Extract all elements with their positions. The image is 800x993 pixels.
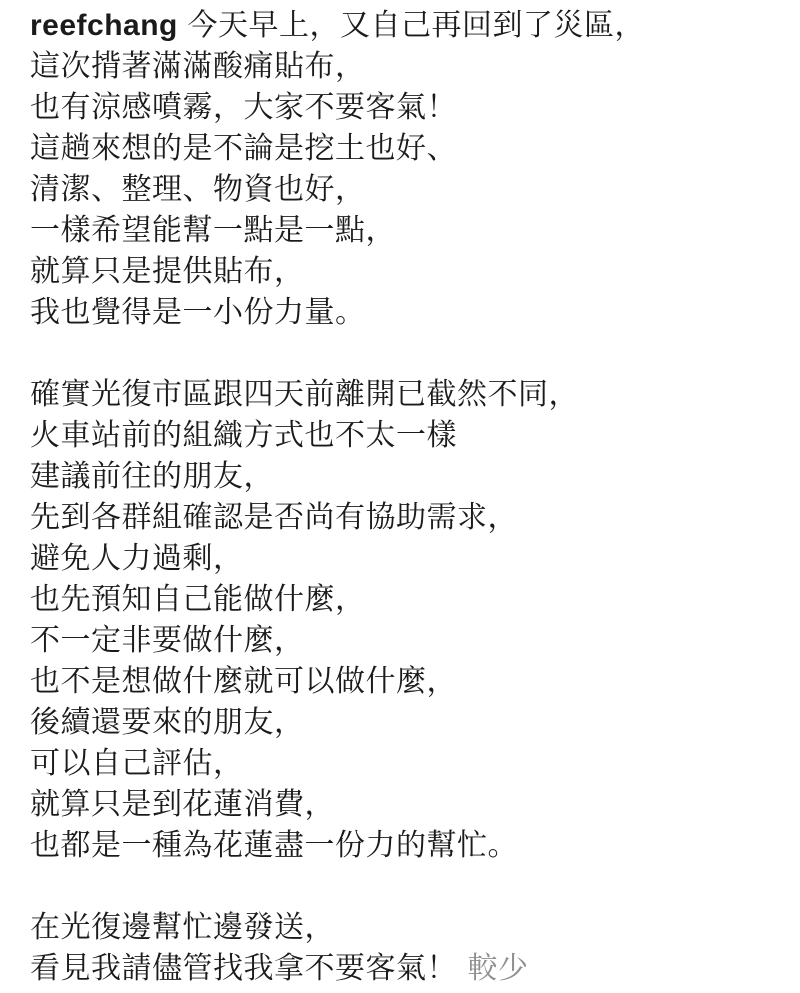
caption-last-line: 看見我請儘管找我拿不要客氣！較少 <box>30 948 784 989</box>
caption-line: 也不是想做什麼就可以做什麼， <box>30 661 784 702</box>
caption-blank-line <box>30 333 784 374</box>
caption-line: 一樣希望能幫一點是一點， <box>30 210 784 251</box>
caption-line: 確實光復市區跟四天前離開已截然不同， <box>30 374 784 415</box>
caption-line: 避免人力過剩， <box>30 538 784 579</box>
caption-line: 這趟來想的是不論是挖土也好、 <box>30 128 784 169</box>
caption-line: 後續還要來的朋友， <box>30 702 784 743</box>
caption-line: 建議前往的朋友， <box>30 456 784 497</box>
caption-line: 先到各群組確認是否尚有協助需求， <box>30 497 784 538</box>
caption-line: 也都是一種為花蓮盡一份力的幫忙。 <box>30 825 784 866</box>
caption-line: 不一定非要做什麼， <box>30 620 784 661</box>
caption-text: 今天早上，又自己再回到了災區， <box>187 9 645 42</box>
caption-line: 我也覺得是一小份力量。 <box>30 292 784 333</box>
caption-first-line: reefchang今天早上，又自己再回到了災區， <box>30 5 784 46</box>
caption-line: 就算只是到花蓮消費， <box>30 784 784 825</box>
caption-line: 也有涼感噴霧，大家不要客氣！ <box>30 87 784 128</box>
caption-text: 看見我請儘管找我拿不要客氣！ <box>30 952 457 985</box>
collapse-caption-button[interactable]: 較少 <box>468 952 529 985</box>
caption-line: 可以自己評估， <box>30 743 784 784</box>
caption-line: 也先預知自己能做什麼， <box>30 579 784 620</box>
caption-line: 清潔、整理、物資也好， <box>30 169 784 210</box>
caption-blank-line <box>30 866 784 907</box>
caption-line: 在光復邊幫忙邊發送， <box>30 907 784 948</box>
post-caption: reefchang今天早上，又自己再回到了災區， 這次揹著滿滿酸痛貼布，也有涼感… <box>0 0 800 989</box>
username-link[interactable]: reefchang <box>30 9 178 42</box>
caption-line: 這次揹著滿滿酸痛貼布， <box>30 46 784 87</box>
caption-line: 就算只是提供貼布， <box>30 251 784 292</box>
caption-body: 這次揹著滿滿酸痛貼布，也有涼感噴霧，大家不要客氣！這趟來想的是不論是挖土也好、清… <box>30 46 784 948</box>
caption-line: 火車站前的組織方式也不太一樣 <box>30 415 784 456</box>
